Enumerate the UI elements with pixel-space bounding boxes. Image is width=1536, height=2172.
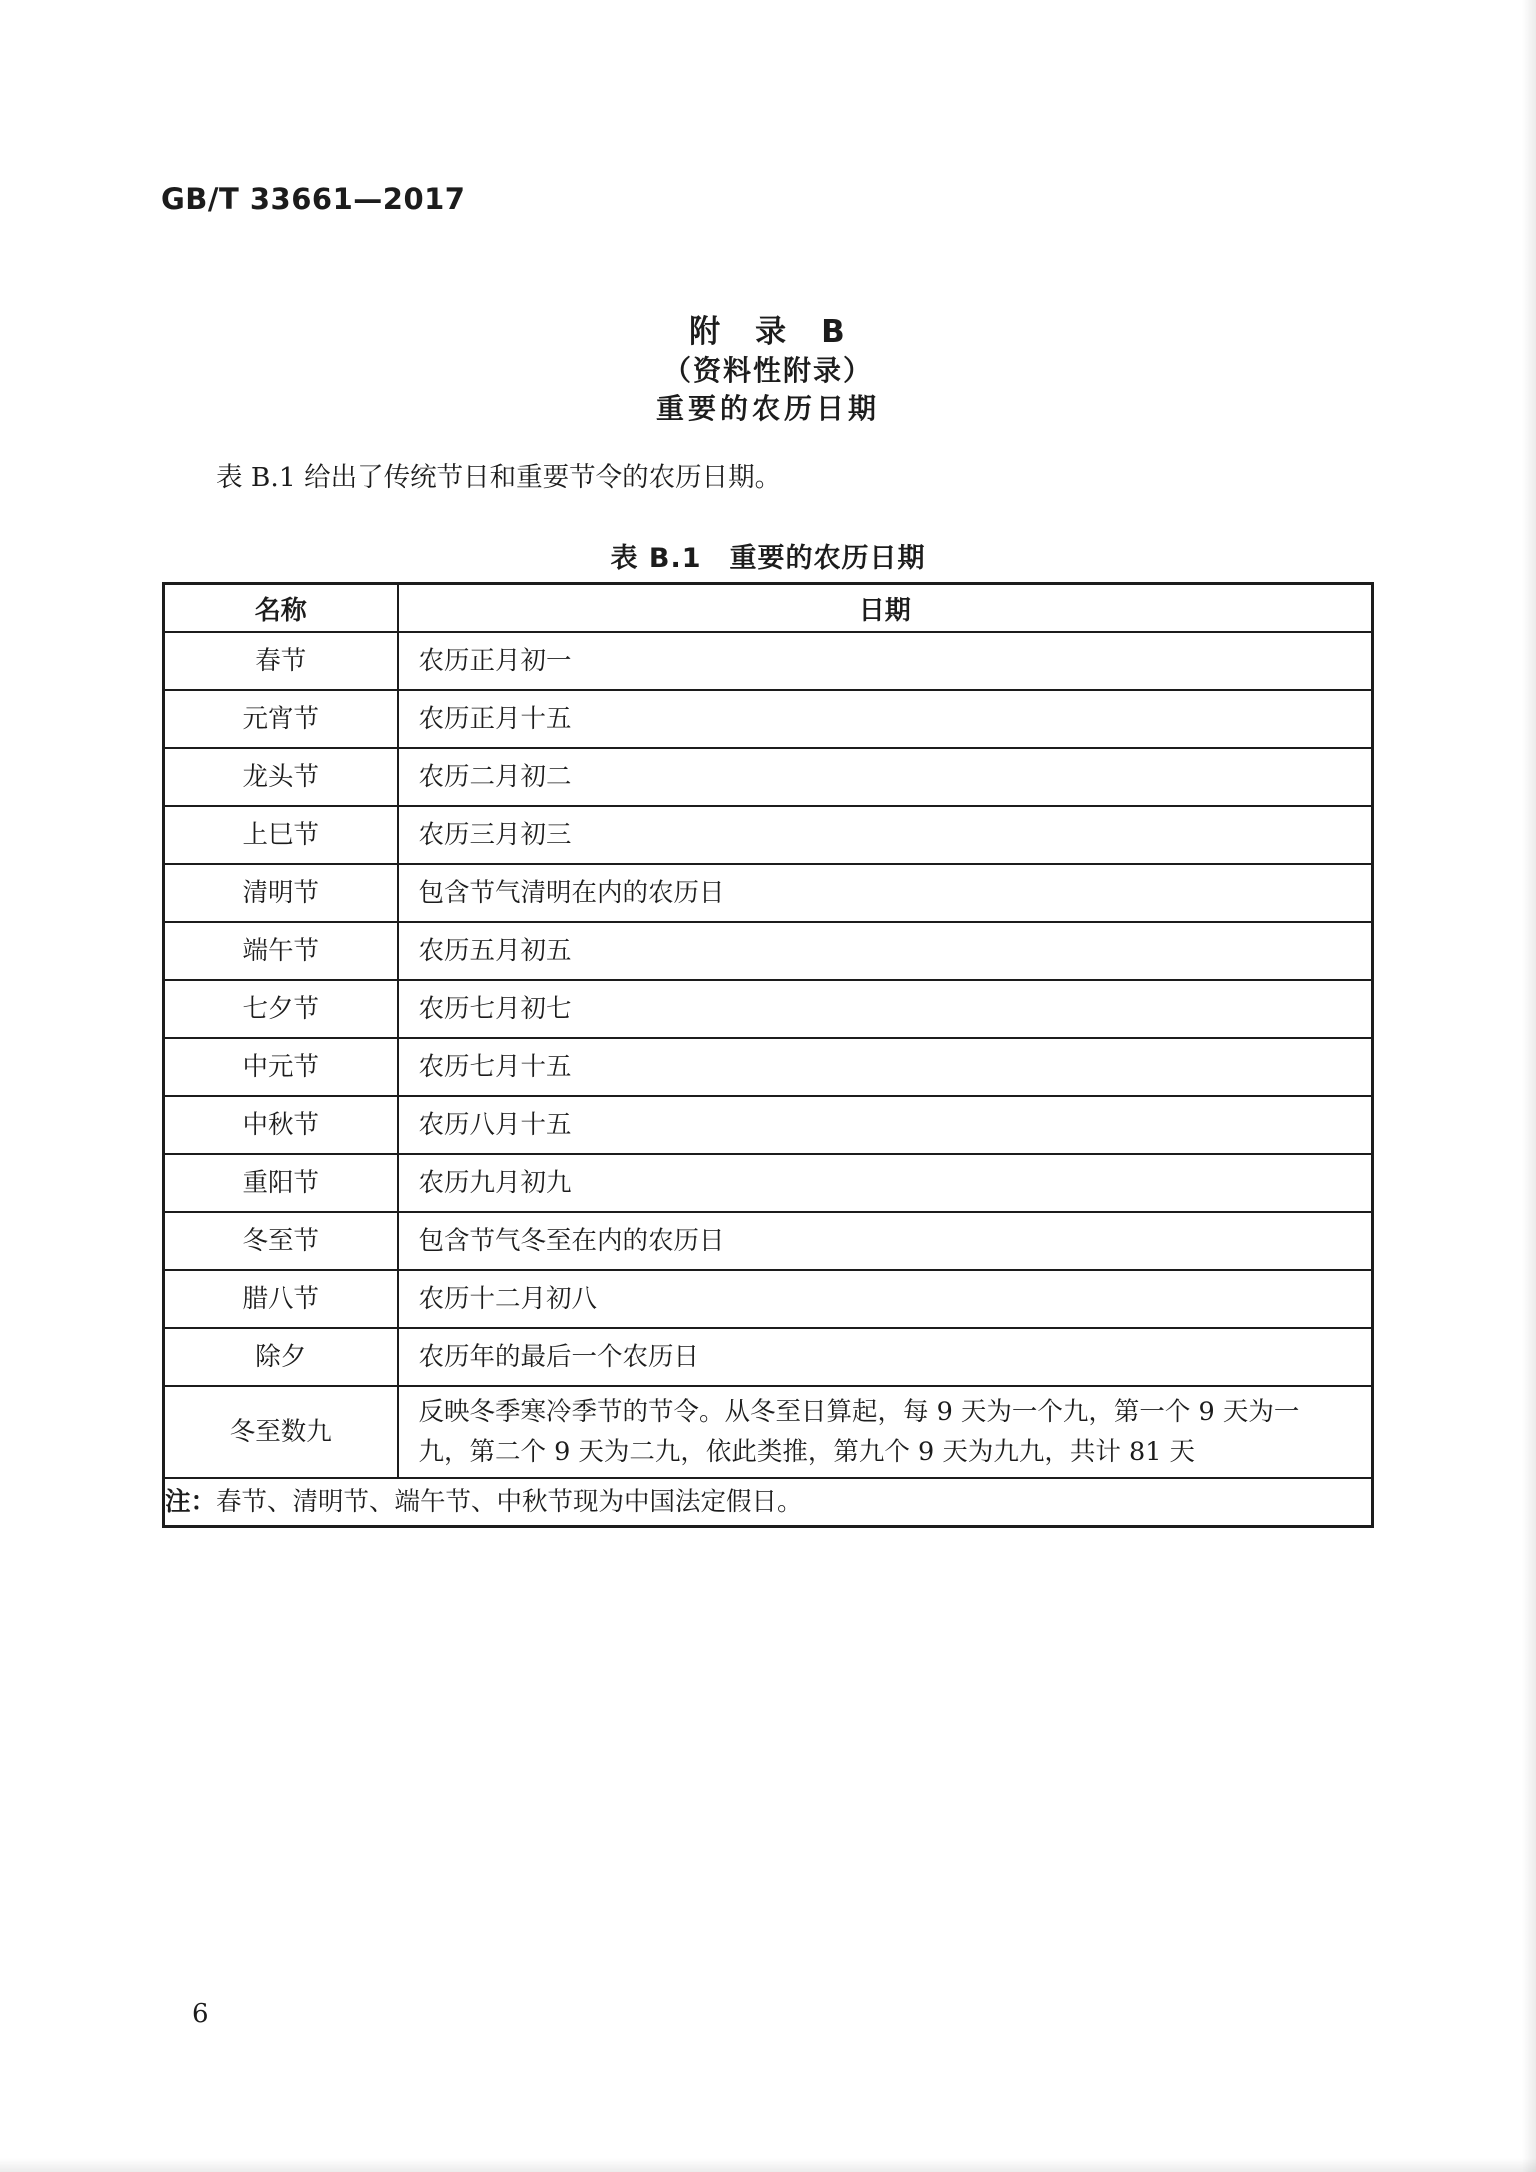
appendix-title-block: 附 录 B （资料性附录） 重要的农历日期 — [0, 317, 1536, 423]
table-row: 清明节 包含节气清明在内的农历日 — [164, 864, 1373, 922]
intro-paragraph: 表 B.1 给出了传统节日和重要节令的农历日期。 — [162, 461, 1374, 495]
festival-name-cell: 龙头节 — [164, 748, 398, 806]
festival-name-cell: 除夕 — [164, 1328, 398, 1386]
festival-name-cell: 中元节 — [164, 1038, 398, 1096]
festival-date-cell: 包含节气清明在内的农历日 — [398, 864, 1373, 922]
table-row: 中秋节 农历八月十五 — [164, 1096, 1373, 1154]
note-label: 注： — [165, 1487, 216, 1517]
festival-date-cell: 农历九月初九 — [398, 1154, 1373, 1212]
festival-date-cell: 反映冬季寒冷季节的节令。从冬至日算起，每 9 天为一个九，第一个 9 天为一九，… — [398, 1386, 1373, 1478]
festival-name-cell: 七夕节 — [164, 980, 398, 1038]
table-note-row: 注：春节、清明节、端午节、中秋节现为中国法定假日。 — [164, 1478, 1373, 1527]
festival-name-cell: 元宵节 — [164, 690, 398, 748]
festival-date-cell: 农历年的最后一个农历日 — [398, 1328, 1373, 1386]
table-caption: 表 B.1 重要的农历日期 — [0, 536, 1536, 575]
festival-date-cell: 农历八月十五 — [398, 1096, 1373, 1154]
festival-name-cell: 中秋节 — [164, 1096, 398, 1154]
document-page: GB/T 33661—2017 附 录 B （资料性附录） 重要的农历日期 表 … — [0, 0, 1536, 2172]
festival-date-cell: 农历三月初三 — [398, 806, 1373, 864]
festival-date-cell: 农历七月十五 — [398, 1038, 1373, 1096]
table-note-cell: 注：春节、清明节、端午节、中秋节现为中国法定假日。 — [164, 1478, 1373, 1527]
table-row: 腊八节 农历十二月初八 — [164, 1270, 1373, 1328]
table-row: 重阳节 农历九月初九 — [164, 1154, 1373, 1212]
page-number: 6 — [192, 1999, 209, 2029]
festival-name-cell: 冬至数九 — [164, 1386, 398, 1478]
festival-name-cell: 端午节 — [164, 922, 398, 980]
scan-shadow-right — [1522, 0, 1536, 2172]
column-header-date: 日期 — [398, 584, 1373, 633]
table-row: 端午节 农历五月初五 — [164, 922, 1373, 980]
festival-name-cell: 冬至节 — [164, 1212, 398, 1270]
table-row: 冬至数九 反映冬季寒冷季节的节令。从冬至日算起，每 9 天为一个九，第一个 9 … — [164, 1386, 1373, 1478]
appendix-heading: 重要的农历日期 — [0, 395, 1536, 423]
table-row: 除夕 农历年的最后一个农历日 — [164, 1328, 1373, 1386]
table-row: 冬至节 包含节气冬至在内的农历日 — [164, 1212, 1373, 1270]
festival-date-cell: 农历五月初五 — [398, 922, 1373, 980]
appendix-subtitle: （资料性附录） — [0, 357, 1536, 385]
festival-name-cell: 春节 — [164, 632, 398, 690]
table-header-row: 名称 日期 — [164, 584, 1373, 633]
table-row: 中元节 农历七月十五 — [164, 1038, 1373, 1096]
note-text: 春节、清明节、端午节、中秋节现为中国法定假日。 — [216, 1487, 803, 1517]
table-row: 上巳节 农历三月初三 — [164, 806, 1373, 864]
table-row: 七夕节 农历七月初七 — [164, 980, 1373, 1038]
standard-number: GB/T 33661—2017 — [161, 182, 465, 216]
table-row: 春节 农历正月初一 — [164, 632, 1373, 690]
festival-name-cell: 腊八节 — [164, 1270, 398, 1328]
festival-name-cell: 上巳节 — [164, 806, 398, 864]
table-row: 龙头节 农历二月初二 — [164, 748, 1373, 806]
lunar-dates-table: 名称 日期 春节 农历正月初一 元宵节 农历正月十五 龙头节 农历二月初二 — [162, 582, 1374, 1528]
table-row: 元宵节 农历正月十五 — [164, 690, 1373, 748]
column-header-name: 名称 — [164, 584, 398, 633]
festival-name-cell: 清明节 — [164, 864, 398, 922]
festival-date-cell: 农历正月初一 — [398, 632, 1373, 690]
festival-date-cell: 包含节气冬至在内的农历日 — [398, 1212, 1373, 1270]
scan-shadow-bottom — [0, 2158, 1536, 2172]
festival-date-cell: 农历二月初二 — [398, 748, 1373, 806]
festival-name-cell: 重阳节 — [164, 1154, 398, 1212]
festival-date-cell: 农历正月十五 — [398, 690, 1373, 748]
festival-date-cell: 农历十二月初八 — [398, 1270, 1373, 1328]
festival-date-cell: 农历七月初七 — [398, 980, 1373, 1038]
appendix-title: 附 录 B — [0, 317, 1536, 348]
